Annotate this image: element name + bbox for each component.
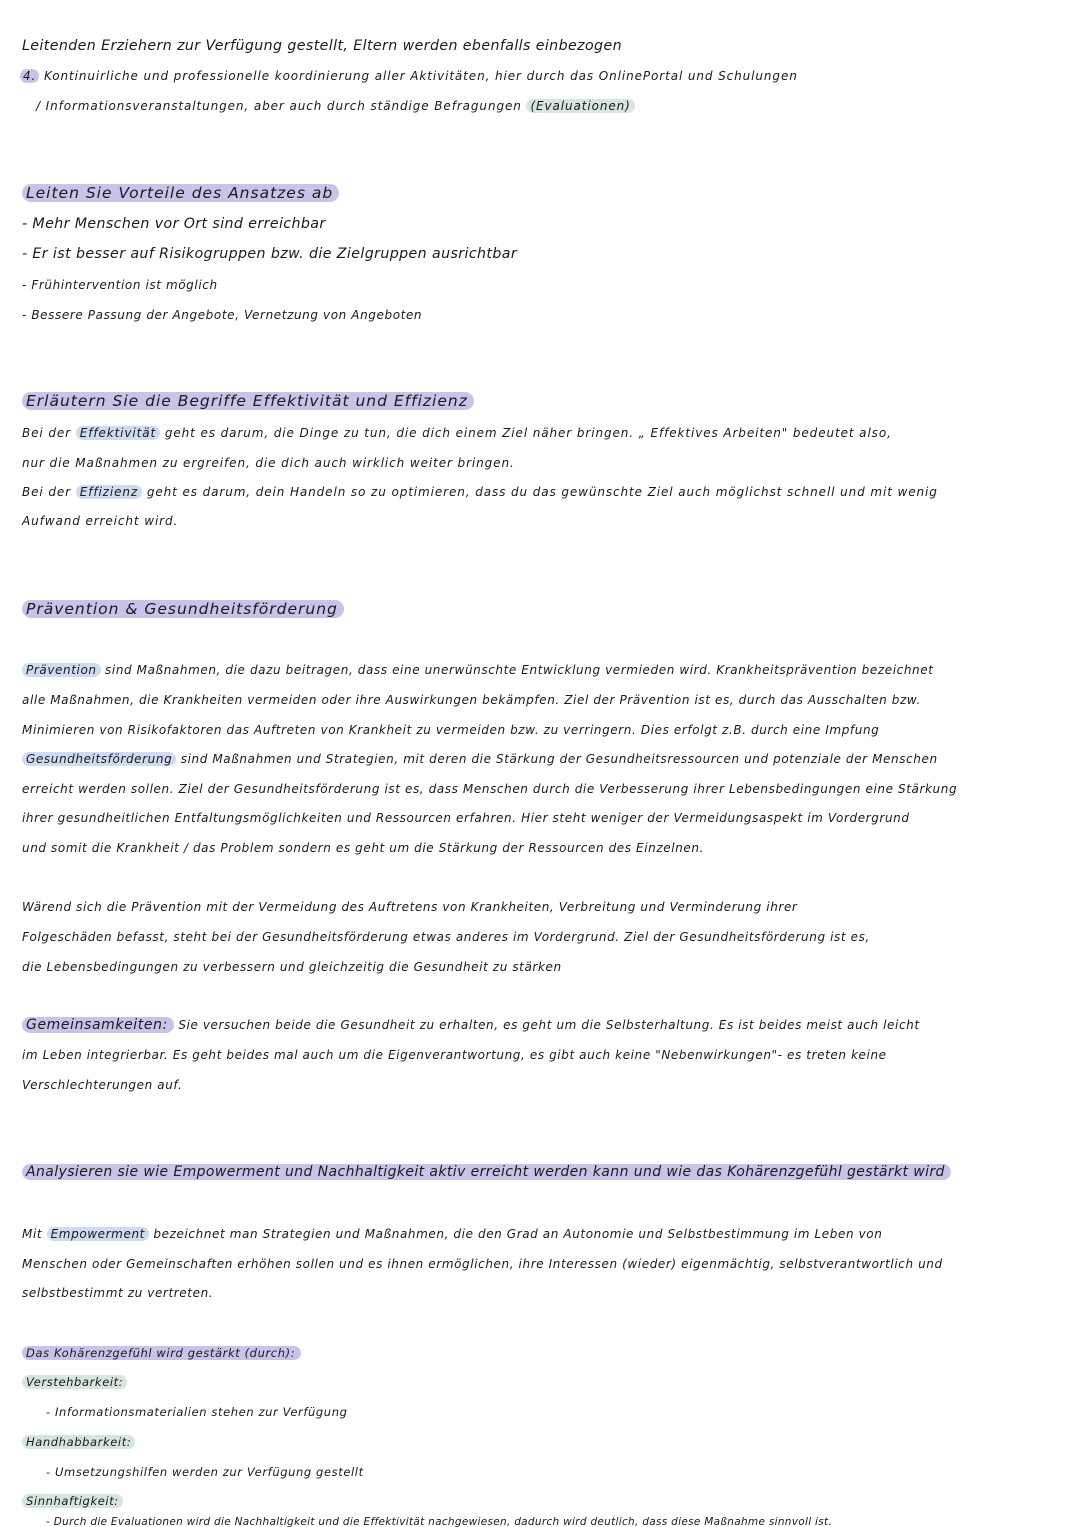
label-sinnhaftigkeit: Sinnhaftigkeit: bbox=[22, 1494, 123, 1508]
group-label: Sinnhaftigkeit: bbox=[22, 1491, 123, 1511]
label-handhabbarkeit: Handhabbarkeit: bbox=[22, 1435, 135, 1449]
item-number: 4. bbox=[20, 69, 39, 83]
text: Bei der bbox=[22, 485, 71, 499]
item-text: / Informationsveranstaltungen, aber auch… bbox=[36, 99, 522, 113]
text: sind Maßnahmen, die dazu beitragen, dass… bbox=[105, 663, 934, 677]
section-heading-kohaerenz: Das Kohärenzgefühl wird gestärkt (durch)… bbox=[22, 1343, 301, 1363]
group-label: Handhabbarkeit: bbox=[22, 1432, 135, 1452]
paragraph-line: und somit die Krankheit / das Problem so… bbox=[22, 838, 704, 858]
text: sind Maßnahmen und Strategien, mit deren… bbox=[181, 752, 938, 766]
text: geht es darum, dein Handeln so zu optimi… bbox=[147, 485, 938, 499]
text: Mit bbox=[22, 1227, 42, 1241]
paragraph-line: ihrer gesundheitlichen Entfaltungsmöglic… bbox=[22, 808, 910, 828]
highlight-gesundheitsfoerderung: Gesundheitsförderung bbox=[22, 752, 176, 766]
paragraph-line: Gemeinsamkeiten: Sie versuchen beide die… bbox=[22, 1015, 920, 1035]
list-item: - Durch die Evaluationen wird die Nachha… bbox=[46, 1512, 832, 1527]
intro-line: Leitenden Erziehern zur Verfügung gestel… bbox=[22, 36, 622, 56]
paragraph-line: Mit Empowerment bezeichnet man Strategie… bbox=[22, 1224, 882, 1244]
text: bezeichnet man Strategien und Maßnahmen,… bbox=[153, 1227, 882, 1241]
section-heading-effektivitaet: Erläutern Sie die Begriffe Effektivität … bbox=[22, 391, 474, 411]
paragraph-line: Gesundheitsförderung sind Maßnahmen und … bbox=[22, 749, 938, 769]
highlight-effektivitaet: Effektivität bbox=[76, 426, 160, 440]
paragraph-line: Bei der Effektivität geht es darum, die … bbox=[22, 423, 892, 443]
paragraph-line: Menschen oder Gemeinschaften erhöhen sol… bbox=[22, 1254, 943, 1274]
list-item: - Informationsmaterialien stehen zur Ver… bbox=[46, 1402, 347, 1422]
paragraph-line: erreicht werden sollen. Ziel der Gesundh… bbox=[22, 779, 957, 799]
heading-highlight: Analysieren sie wie Empowerment und Nach… bbox=[22, 1164, 951, 1180]
paragraph-line: im Leben integrierbar. Es geht beides ma… bbox=[22, 1045, 887, 1065]
text: Sie versuchen beide die Gesundheit zu er… bbox=[178, 1018, 919, 1032]
highlight-effizienz: Effizienz bbox=[76, 485, 142, 499]
section-heading-vorteile: Leiten Sie Vorteile des Ansatzes ab bbox=[22, 183, 339, 203]
list-item: - Mehr Menschen vor Ort sind erreichbar bbox=[22, 214, 326, 234]
group-label: Verstehbarkeit: bbox=[22, 1372, 127, 1392]
list-item-4: 4. Kontinuirliche und professionelle koo… bbox=[20, 66, 798, 86]
paragraph-line: Minimieren von Risikofaktoren das Auftre… bbox=[22, 720, 879, 740]
text: geht es darum, die Dinge zu tun, die dic… bbox=[165, 426, 892, 440]
list-item-4-cont: / Informationsveranstaltungen, aber auch… bbox=[36, 96, 635, 116]
paragraph-line: Prävention sind Maßnahmen, die dazu beit… bbox=[22, 660, 934, 680]
paragraph-line: selbstbestimmt zu vertreten. bbox=[22, 1283, 213, 1303]
paragraph-line: Wärend sich die Prävention mit der Verme… bbox=[22, 897, 797, 917]
heading-highlight: Prävention & Gesundheitsförderung bbox=[22, 600, 344, 618]
label-verstehbarkeit: Verstehbarkeit: bbox=[22, 1375, 127, 1389]
highlight-evaluationen: (Evaluationen) bbox=[526, 99, 634, 113]
highlight-praevention: Prävention bbox=[22, 663, 101, 677]
paragraph-line: Verschlechterungen auf. bbox=[22, 1075, 182, 1095]
list-item: - Bessere Passung der Angebote, Vernetzu… bbox=[22, 305, 422, 325]
paragraph-line: nur die Maßnahmen zu ergreifen, die dich… bbox=[22, 453, 515, 473]
paragraph-line: Aufwand erreicht wird. bbox=[22, 511, 178, 531]
list-item: - Frühintervention ist möglich bbox=[22, 275, 218, 295]
paragraph-line: Folgeschäden befasst, steht bei der Gesu… bbox=[22, 927, 870, 947]
heading-highlight: Leiten Sie Vorteile des Ansatzes ab bbox=[22, 184, 339, 202]
list-item: - Er ist besser auf Risikogruppen bzw. d… bbox=[22, 244, 517, 264]
highlight-empowerment: Empowerment bbox=[47, 1227, 149, 1241]
section-heading-empowerment: Analysieren sie wie Empowerment und Nach… bbox=[22, 1162, 951, 1182]
highlight-gemeinsamkeiten: Gemeinsamkeiten: bbox=[22, 1017, 174, 1033]
heading-highlight: Das Kohärenzgefühl wird gestärkt (durch)… bbox=[22, 1346, 301, 1360]
paragraph-line: die Lebensbedingungen zu verbessern und … bbox=[22, 957, 562, 977]
list-item: - Umsetzungshilfen werden zur Verfügung … bbox=[46, 1462, 364, 1482]
paragraph-line: alle Maßnahmen, die Krankheiten vermeide… bbox=[22, 690, 921, 710]
item-text: Kontinuirliche und professionelle koordi… bbox=[44, 69, 798, 83]
text: Bei der bbox=[22, 426, 71, 440]
heading-highlight: Erläutern Sie die Begriffe Effektivität … bbox=[22, 392, 474, 410]
section-heading-praevention: Prävention & Gesundheitsförderung bbox=[22, 599, 344, 619]
paragraph-line: Bei der Effizienz geht es darum, dein Ha… bbox=[22, 482, 938, 502]
